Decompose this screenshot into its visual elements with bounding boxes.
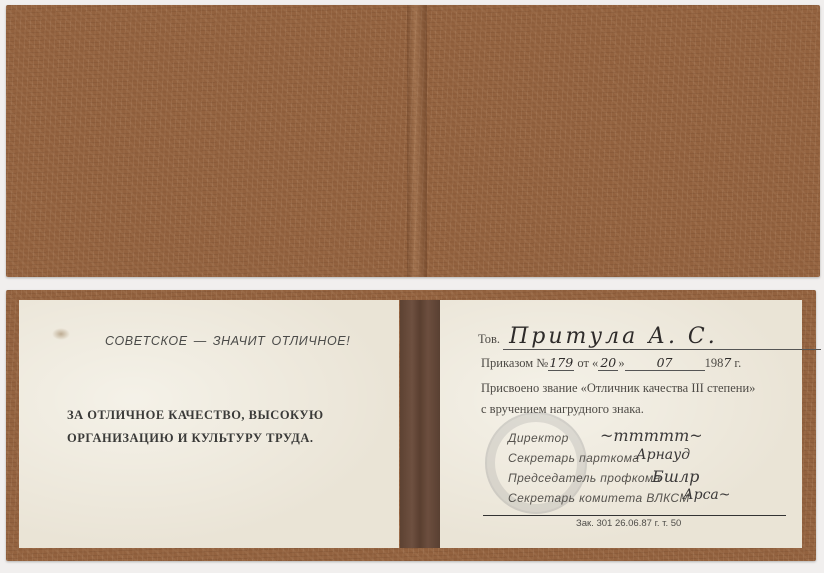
signature-party-secretary: Арнауд [636,447,690,463]
signatory-title-director: Директор [508,431,569,445]
print-imprint: Зак. 301 26.06.87 г. т. 50 [576,518,681,529]
award-line: Присвоено звание «Отличник качества III … [481,381,755,396]
award-line-2: с вручением нагрудного знака. [481,402,644,417]
outer-spine-fold [407,5,427,277]
inner-spine [400,300,440,548]
signatory-title-komsomol-secretary: Секретарь комитета ВЛКСМ [508,491,690,505]
order-day: 20 [598,355,618,371]
motto: ЗА ОТЛИЧНОЕ КАЧЕСТВО, ВЫСОКУЮ ОРГАНИЗАЦИ… [67,404,324,450]
year-prefix: 198 [705,356,724,370]
signature-director: ~mmmmm~ [600,426,703,445]
order-number: 179 [548,355,574,371]
signature-union-chair: Бшлр [652,467,699,486]
order-month: 07 [625,355,705,371]
motto-line-2: ОРГАНИЗАЦИЮ И КУЛЬТУРУ ТРУДА. [67,427,324,450]
signatory-title-party-secretary: Секретарь парткома [508,451,639,465]
signatory-title-union-chair: Председатель профкома [508,471,661,485]
order-label: Приказом № [481,356,548,370]
outer-cover [6,5,820,277]
paper-stain [52,328,70,340]
year-suffix: г. [731,356,741,370]
bottom-rule [483,515,786,516]
order-line: Приказом №179 от «20»071987 г. [481,355,741,371]
recipient-line: Тов. Притула А. С. [478,324,821,350]
from-label: от « [577,356,598,370]
recipient-name-handwritten: Притула А. С. [503,324,821,350]
motto-line-1: ЗА ОТЛИЧНОЕ КАЧЕСТВО, ВЫСОКУЮ [67,404,324,427]
signature-komsomol-secretary: Арса~ [683,487,730,503]
slogan: СОВЕТСКОЕ — ЗНАЧИТ ОТЛИЧНОЕ! [105,334,350,348]
tov-label: Тов. [478,332,500,346]
